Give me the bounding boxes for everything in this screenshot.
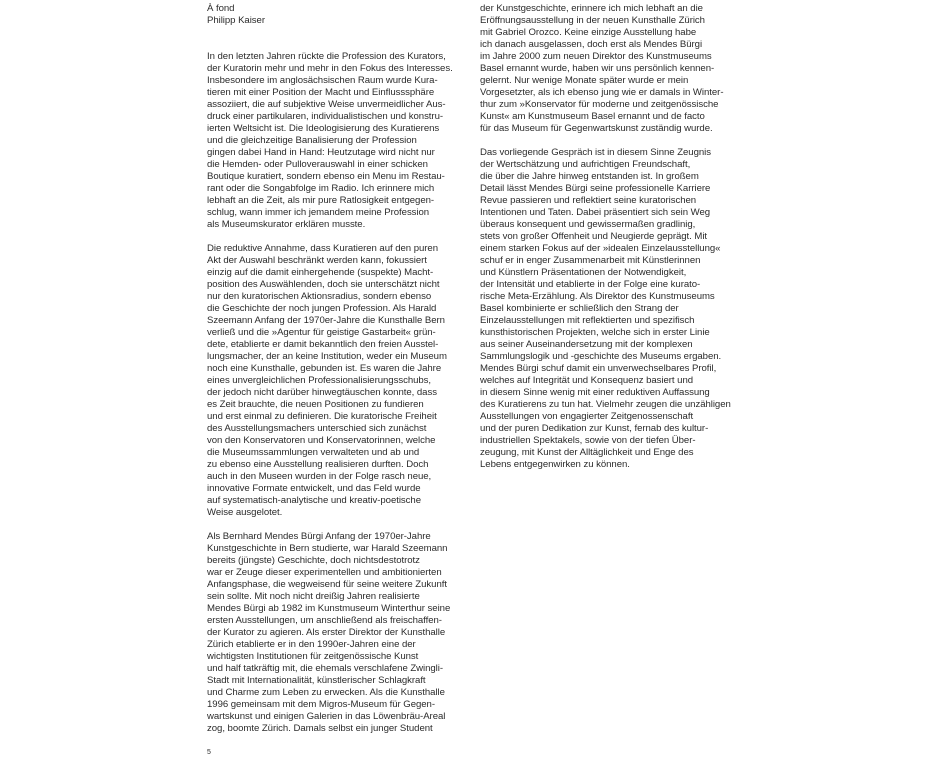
author-name: Philipp Kaiser: [207, 15, 482, 27]
left-column: À fond Philipp Kaiser In den letzten Jah…: [207, 3, 482, 747]
text-line: In den letzten Jahren rückte die Profess…: [207, 51, 482, 63]
paragraph: der Kunstgeschichte, erinnere ich mich l…: [480, 3, 755, 135]
text-line: auf systematisch-analytische und kreativ…: [207, 495, 482, 507]
text-line: Boutique kuratiert, sondern ebenso ein M…: [207, 171, 482, 183]
text-line: des Kuratierens zu tun hat. Vielmehr zeu…: [480, 399, 755, 411]
text-line: Einzelausstellungen mit reflektierten un…: [480, 315, 755, 327]
text-line: Anfangsphase, die wegweisend für seine w…: [207, 579, 482, 591]
text-line: aus seiner Auseinandersetzung mit der ko…: [480, 339, 755, 351]
text-line: wichtigsten Institutionen für zeitgenöss…: [207, 651, 482, 663]
text-line: Lebens entgegenwirken zu können.: [480, 459, 755, 471]
text-line: Das vorliegende Gespräch ist in diesem S…: [480, 147, 755, 159]
text-line: die über die Jahre hinweg entstanden ist…: [480, 171, 755, 183]
text-line: nur den kuratorischen Aktionsradius, son…: [207, 291, 482, 303]
text-line: ierten Weltsicht ist. Die Ideologisierun…: [207, 123, 482, 135]
text-line: druck einer partikularen, individualisti…: [207, 111, 482, 123]
text-line: und erst einmal zu definieren. Die kurat…: [207, 411, 482, 423]
text-line: welches auf Integrität und Konsequenz ba…: [480, 375, 755, 387]
text-line: Vorgesetzter, als ich ebenso jung wie er…: [480, 87, 755, 99]
text-line: es Zeit brauchte, die neuen Positionen z…: [207, 399, 482, 411]
text-line: Kunstgeschichte in Bern studierte, war H…: [207, 543, 482, 555]
text-line: rische Meta-Erzählung. Als Direktor des …: [480, 291, 755, 303]
text-line: und Charme zum Leben zu erwecken. Als di…: [207, 687, 482, 699]
text-line: assoziiert, die auf subjektive Weise unv…: [207, 99, 482, 111]
text-line: der jedoch nicht darüber hinwegtäuschen …: [207, 387, 482, 399]
text-line: gelernt. Nur wenige Monate später wurde …: [480, 75, 755, 87]
text-line: Intentionen und Taten. Dabei präsentiert…: [480, 207, 755, 219]
text-line: Als Bernhard Mendes Bürgi Anfang der 197…: [207, 531, 482, 543]
text-line: rant oder die Songabfolge im Radio. Ich …: [207, 183, 482, 195]
text-line: und der puren Dedikation zur Kunst, fern…: [480, 423, 755, 435]
text-line: Eröffnungsausstellung in der neuen Kunst…: [480, 15, 755, 27]
text-line: einzig auf die damit einhergehende (susp…: [207, 267, 482, 279]
text-line: und die gleichzeitige Banalisierung der …: [207, 135, 482, 147]
text-line: lungsmacher, der an keine Institution, w…: [207, 351, 482, 363]
text-line: Ausstellungen von engagierter Zeitgenoss…: [480, 411, 755, 423]
paragraph: Die reduktive Annahme, dass Kuratieren a…: [207, 243, 482, 519]
text-line: sein sollte. Mit noch nicht dreißig Jahr…: [207, 591, 482, 603]
text-line: schlug, wann immer ich jemandem meine Pr…: [207, 207, 482, 219]
text-line: position des Auswählenden, doch sie unte…: [207, 279, 482, 291]
text-line: zog, boomte Zürich. Damals selbst ein ju…: [207, 723, 482, 735]
text-line: der Intensität und etablierte in der Fol…: [480, 279, 755, 291]
text-line: Revue passieren und reflektiert seine ku…: [480, 195, 755, 207]
text-line: bereits (jüngste) Geschichte, doch nicht…: [207, 555, 482, 567]
text-line: lebhaft an die Zeit, als mir pure Ratlos…: [207, 195, 482, 207]
document-page: À fond Philipp Kaiser In den letzten Jah…: [0, 0, 949, 759]
text-line: als Museumskurator erklären musste.: [207, 219, 482, 231]
text-line: in diesem Sinne wenig mit einer reduktiv…: [480, 387, 755, 399]
text-line: ich danach ausgelassen, doch erst als Me…: [480, 39, 755, 51]
text-line: Szeemann Anfang der 1970er-Jahre die Kun…: [207, 315, 482, 327]
text-line: dete, etablierte er damit bekanntlich de…: [207, 339, 482, 351]
text-line: innovative Formate entwickelt, und das F…: [207, 483, 482, 495]
text-line: einem starken Fokus auf der »idealen Ein…: [480, 243, 755, 255]
text-line: Zürich etablierte er in den 1990er-Jahre…: [207, 639, 482, 651]
text-line: zu ebenso eine Ausstellung realisieren d…: [207, 459, 482, 471]
text-line: die Museumssammlungen verwalteten und ab…: [207, 447, 482, 459]
text-line: Basel kombinierte er schließlich den Str…: [480, 303, 755, 315]
text-line: Insbesondere im anglosächsischen Raum wu…: [207, 75, 482, 87]
text-line: der Kurator zu agieren. Als erster Direk…: [207, 627, 482, 639]
text-line: der Wertschätzung und aufrichtigen Freun…: [480, 159, 755, 171]
text-line: von den Konservatoren und Konservatorinn…: [207, 435, 482, 447]
text-line: Kunst« am Kunstmuseum Basel ernannt und …: [480, 111, 755, 123]
text-line: ersten Ausstellungen, um anschließend al…: [207, 615, 482, 627]
text-line: und half tatkräftig mit, die ehemals ver…: [207, 663, 482, 675]
text-line: war er Zeuge dieser experimentellen und …: [207, 567, 482, 579]
text-line: Mendes Bürgi ab 1982 im Kunstmuseum Wint…: [207, 603, 482, 615]
text-line: noch eine Kunsthalle, gebunden ist. Es w…: [207, 363, 482, 375]
text-line: zeugung, mit Kunst der Alltäglichkeit un…: [480, 447, 755, 459]
text-line: die Geschichte der noch jungen Professio…: [207, 303, 482, 315]
page-number: 5: [207, 749, 211, 756]
paragraph: In den letzten Jahren rückte die Profess…: [207, 51, 482, 231]
text-line: der Kuratorin mehr und mehr in den Fokus…: [207, 63, 482, 75]
text-line: für das Museum für Gegenwartskunst zustä…: [480, 123, 755, 135]
paragraph: Als Bernhard Mendes Bürgi Anfang der 197…: [207, 531, 482, 735]
text-line: Detail lässt Mendes Bürgi seine professi…: [480, 183, 755, 195]
text-line: Sammlungslogik und -geschichte des Museu…: [480, 351, 755, 363]
text-line: die Hemden- oder Pulloverauswahl in eine…: [207, 159, 482, 171]
text-line: Mendes Bürgi schuf damit ein unverwechse…: [480, 363, 755, 375]
text-line: Weise ausgelotet.: [207, 507, 482, 519]
text-line: auch in den Museen wurden in der Folge r…: [207, 471, 482, 483]
paragraph: Das vorliegende Gespräch ist in diesem S…: [480, 147, 755, 471]
text-line: überaus konsequent und gewissermaßen gra…: [480, 219, 755, 231]
text-line: Basel ernannt wurde, haben wir uns persö…: [480, 63, 755, 75]
text-line: im Jahre 2000 zum neuen Direktor des Kun…: [480, 51, 755, 63]
right-column: der Kunstgeschichte, erinnere ich mich l…: [480, 3, 755, 483]
text-line: gingen dabei Hand in Hand: Heutzutage wi…: [207, 147, 482, 159]
text-line: 1996 gemeinsam mit dem Migros-Museum für…: [207, 699, 482, 711]
text-line: thur zum »Konservator für moderne und ze…: [480, 99, 755, 111]
article-header: À fond Philipp Kaiser: [207, 3, 482, 27]
text-line: industriellen Spektakels, sowie von der …: [480, 435, 755, 447]
text-line: des Ausstellungsmachers unterschied sich…: [207, 423, 482, 435]
text-line: wartskunst und einigen Galerien in das L…: [207, 711, 482, 723]
text-line: tieren mit einer Position der Macht und …: [207, 87, 482, 99]
text-line: verließ und die »Agentur für geistige Ga…: [207, 327, 482, 339]
text-line: Stadt mit Internationalität, künstlerisc…: [207, 675, 482, 687]
text-line: kunsthistorischen Projekten, welche sich…: [480, 327, 755, 339]
section-title: À fond: [207, 3, 482, 15]
text-line: eines unvergleichlichen Professionalisie…: [207, 375, 482, 387]
text-line: Die reduktive Annahme, dass Kuratieren a…: [207, 243, 482, 255]
text-line: stets von großer Offenheit und Neugierde…: [480, 231, 755, 243]
text-line: der Kunstgeschichte, erinnere ich mich l…: [480, 3, 755, 15]
text-line: schuf er in enger Zusammenarbeit mit Kün…: [480, 255, 755, 267]
text-line: Akt der Auswahl beschränkt werden kann, …: [207, 255, 482, 267]
text-line: mit Gabriel Orozco. Keine einzige Ausste…: [480, 27, 755, 39]
text-line: und Künstlern Präsentationen der Notwend…: [480, 267, 755, 279]
